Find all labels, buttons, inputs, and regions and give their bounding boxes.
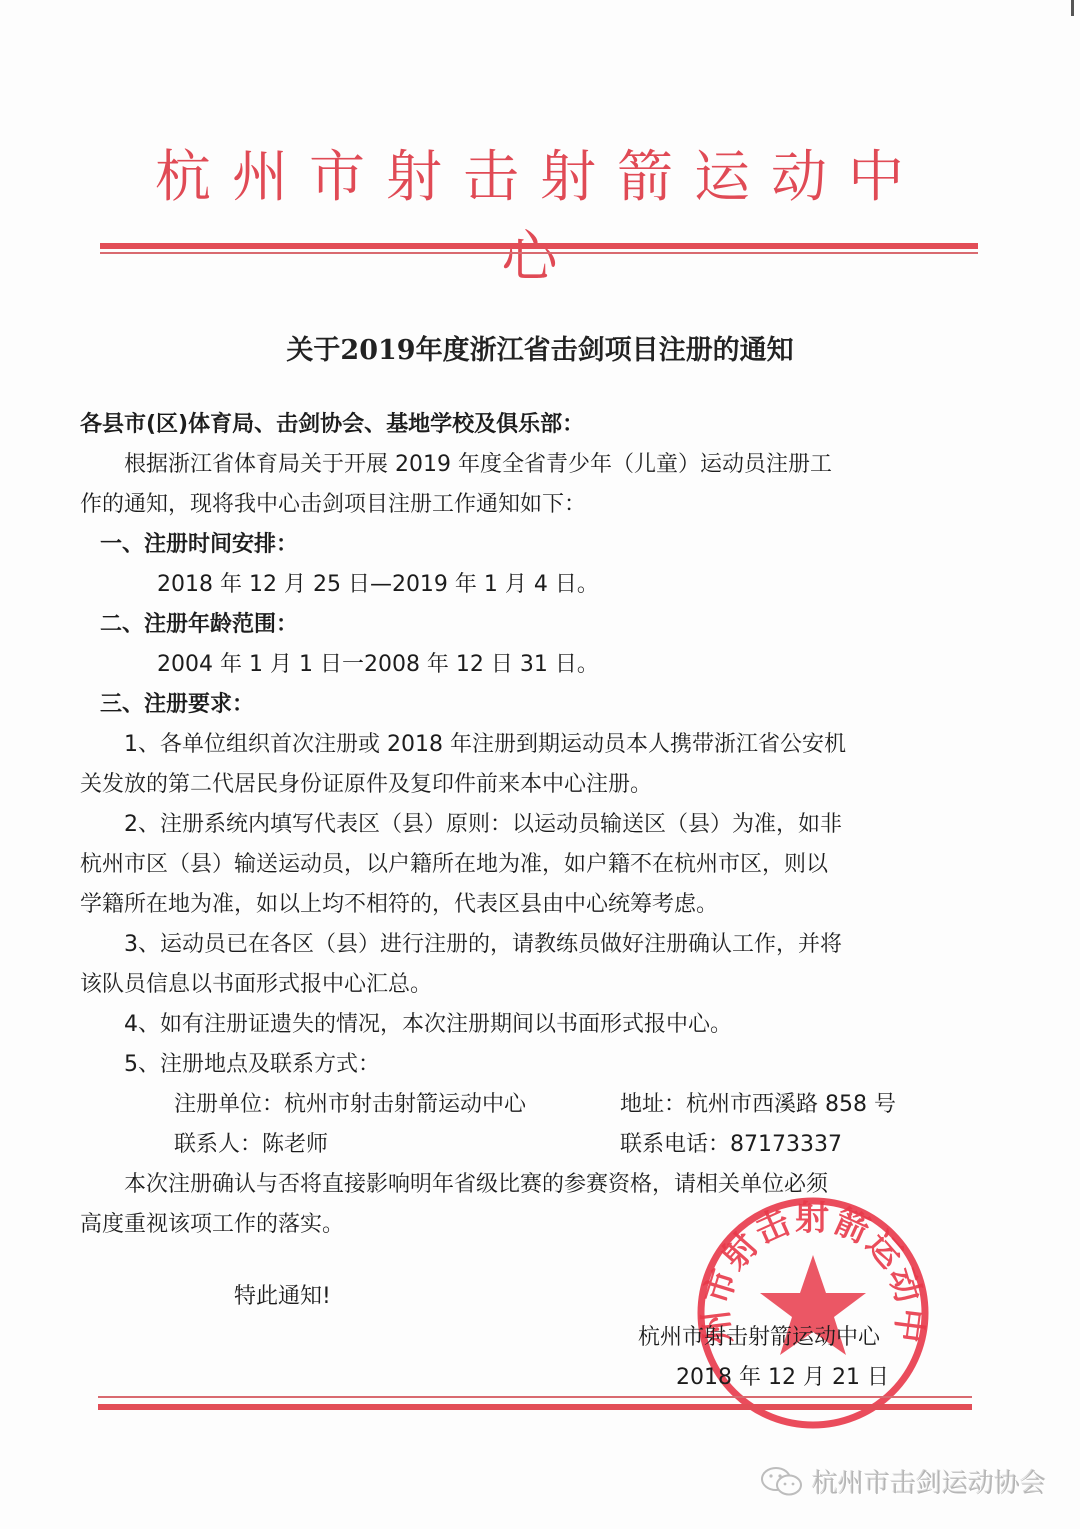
letterhead-title: 杭州市射击射箭运动中心 [140,138,940,298]
requirement-2-line-1: 2、注册系统内填写代表区（县）原则：以运动员输送区（县）为准，如非 [124,810,842,840]
scan-corner-mark [1071,0,1074,16]
section-content-age: 2004 年 1 月 1 日一2008 年 12 日 31 日。 [157,650,599,680]
letterhead-rule-thin [100,252,978,254]
footer-rule-thin [98,1396,972,1398]
addressee: 各县市(区)体育局、击剑协会、基地学校及俱乐部： [80,410,584,440]
intro-line-2: 作的通知，现将我中心击剑项目注册工作通知如下： [80,490,586,520]
intro-line-1: 根据浙江省体育局关于开展 2019 年度全省青少年（儿童）运动员注册工 [124,450,832,480]
requirement-4: 4、如有注册证遗失的情况，本次注册期间以书面形式报中心。 [124,1010,732,1040]
closing-line-1: 本次注册确认与否将直接影响明年省级比赛的参赛资格，请相关单位必须 [124,1170,828,1200]
signature-org: 杭州市射击射箭运动中心 [638,1320,880,1351]
requirement-3-line-2: 该队员信息以书面形式报中心汇总。 [80,970,432,1000]
notice-end: 特此通知! [234,1282,331,1312]
requirement-5: 5、注册地点及联系方式： [124,1050,380,1080]
requirement-1-line-1: 1、各单位组织首次注册或 2018 年注册到期运动员本人携带浙江省公安机 [124,730,846,760]
contact-person: 联系人：陈老师 [174,1130,328,1160]
closing-line-2: 高度重视该项工作的落实。 [80,1210,344,1240]
letterhead-rule-thick [100,243,978,249]
footer-rule-thick [98,1404,972,1410]
watermark-text: 杭州市击剑运动协会 [812,1463,1046,1500]
section-heading-age: 二、注册年龄范围： [100,610,298,640]
requirement-3-line-1: 3、运动员已在各区（县）进行注册的，请教练员做好注册确认工作，并将 [124,930,842,960]
requirement-1-line-2: 关发放的第二代居民身份证原件及复印件前来本中心注册。 [80,770,652,800]
signature-date: 2018 年 12 月 21 日 [676,1360,889,1391]
contact-address: 地址：杭州市西溪路 858 号 [620,1090,896,1120]
wechat-icon [760,1466,804,1498]
contact-unit: 注册单位：杭州市射击射箭运动中心 [174,1090,526,1120]
document-title: 关于2019年度浙江省击剑项目注册的通知 [0,328,1080,367]
contact-phone: 联系电话：87173337 [620,1130,842,1160]
requirement-2-line-2: 杭州市区（县）输送运动员，以户籍所在地为准，如户籍不在杭州市区，则以 [80,850,828,880]
section-content-time: 2018 年 12 月 25 日—2019 年 1 月 4 日。 [157,570,599,600]
requirement-2-line-3: 学籍所在地为准，如以上均不相符的，代表区县由中心统筹考虑。 [80,890,718,920]
section-heading-time: 一、注册时间安排： [100,530,298,560]
section-heading-requirements: 三、注册要求： [100,690,254,720]
document-page: 杭州市射击射箭运动中心 关于2019年度浙江省击剑项目注册的通知 各县市(区)体… [0,0,1080,1529]
wechat-watermark: 杭州市击剑运动协会 [760,1463,1046,1500]
